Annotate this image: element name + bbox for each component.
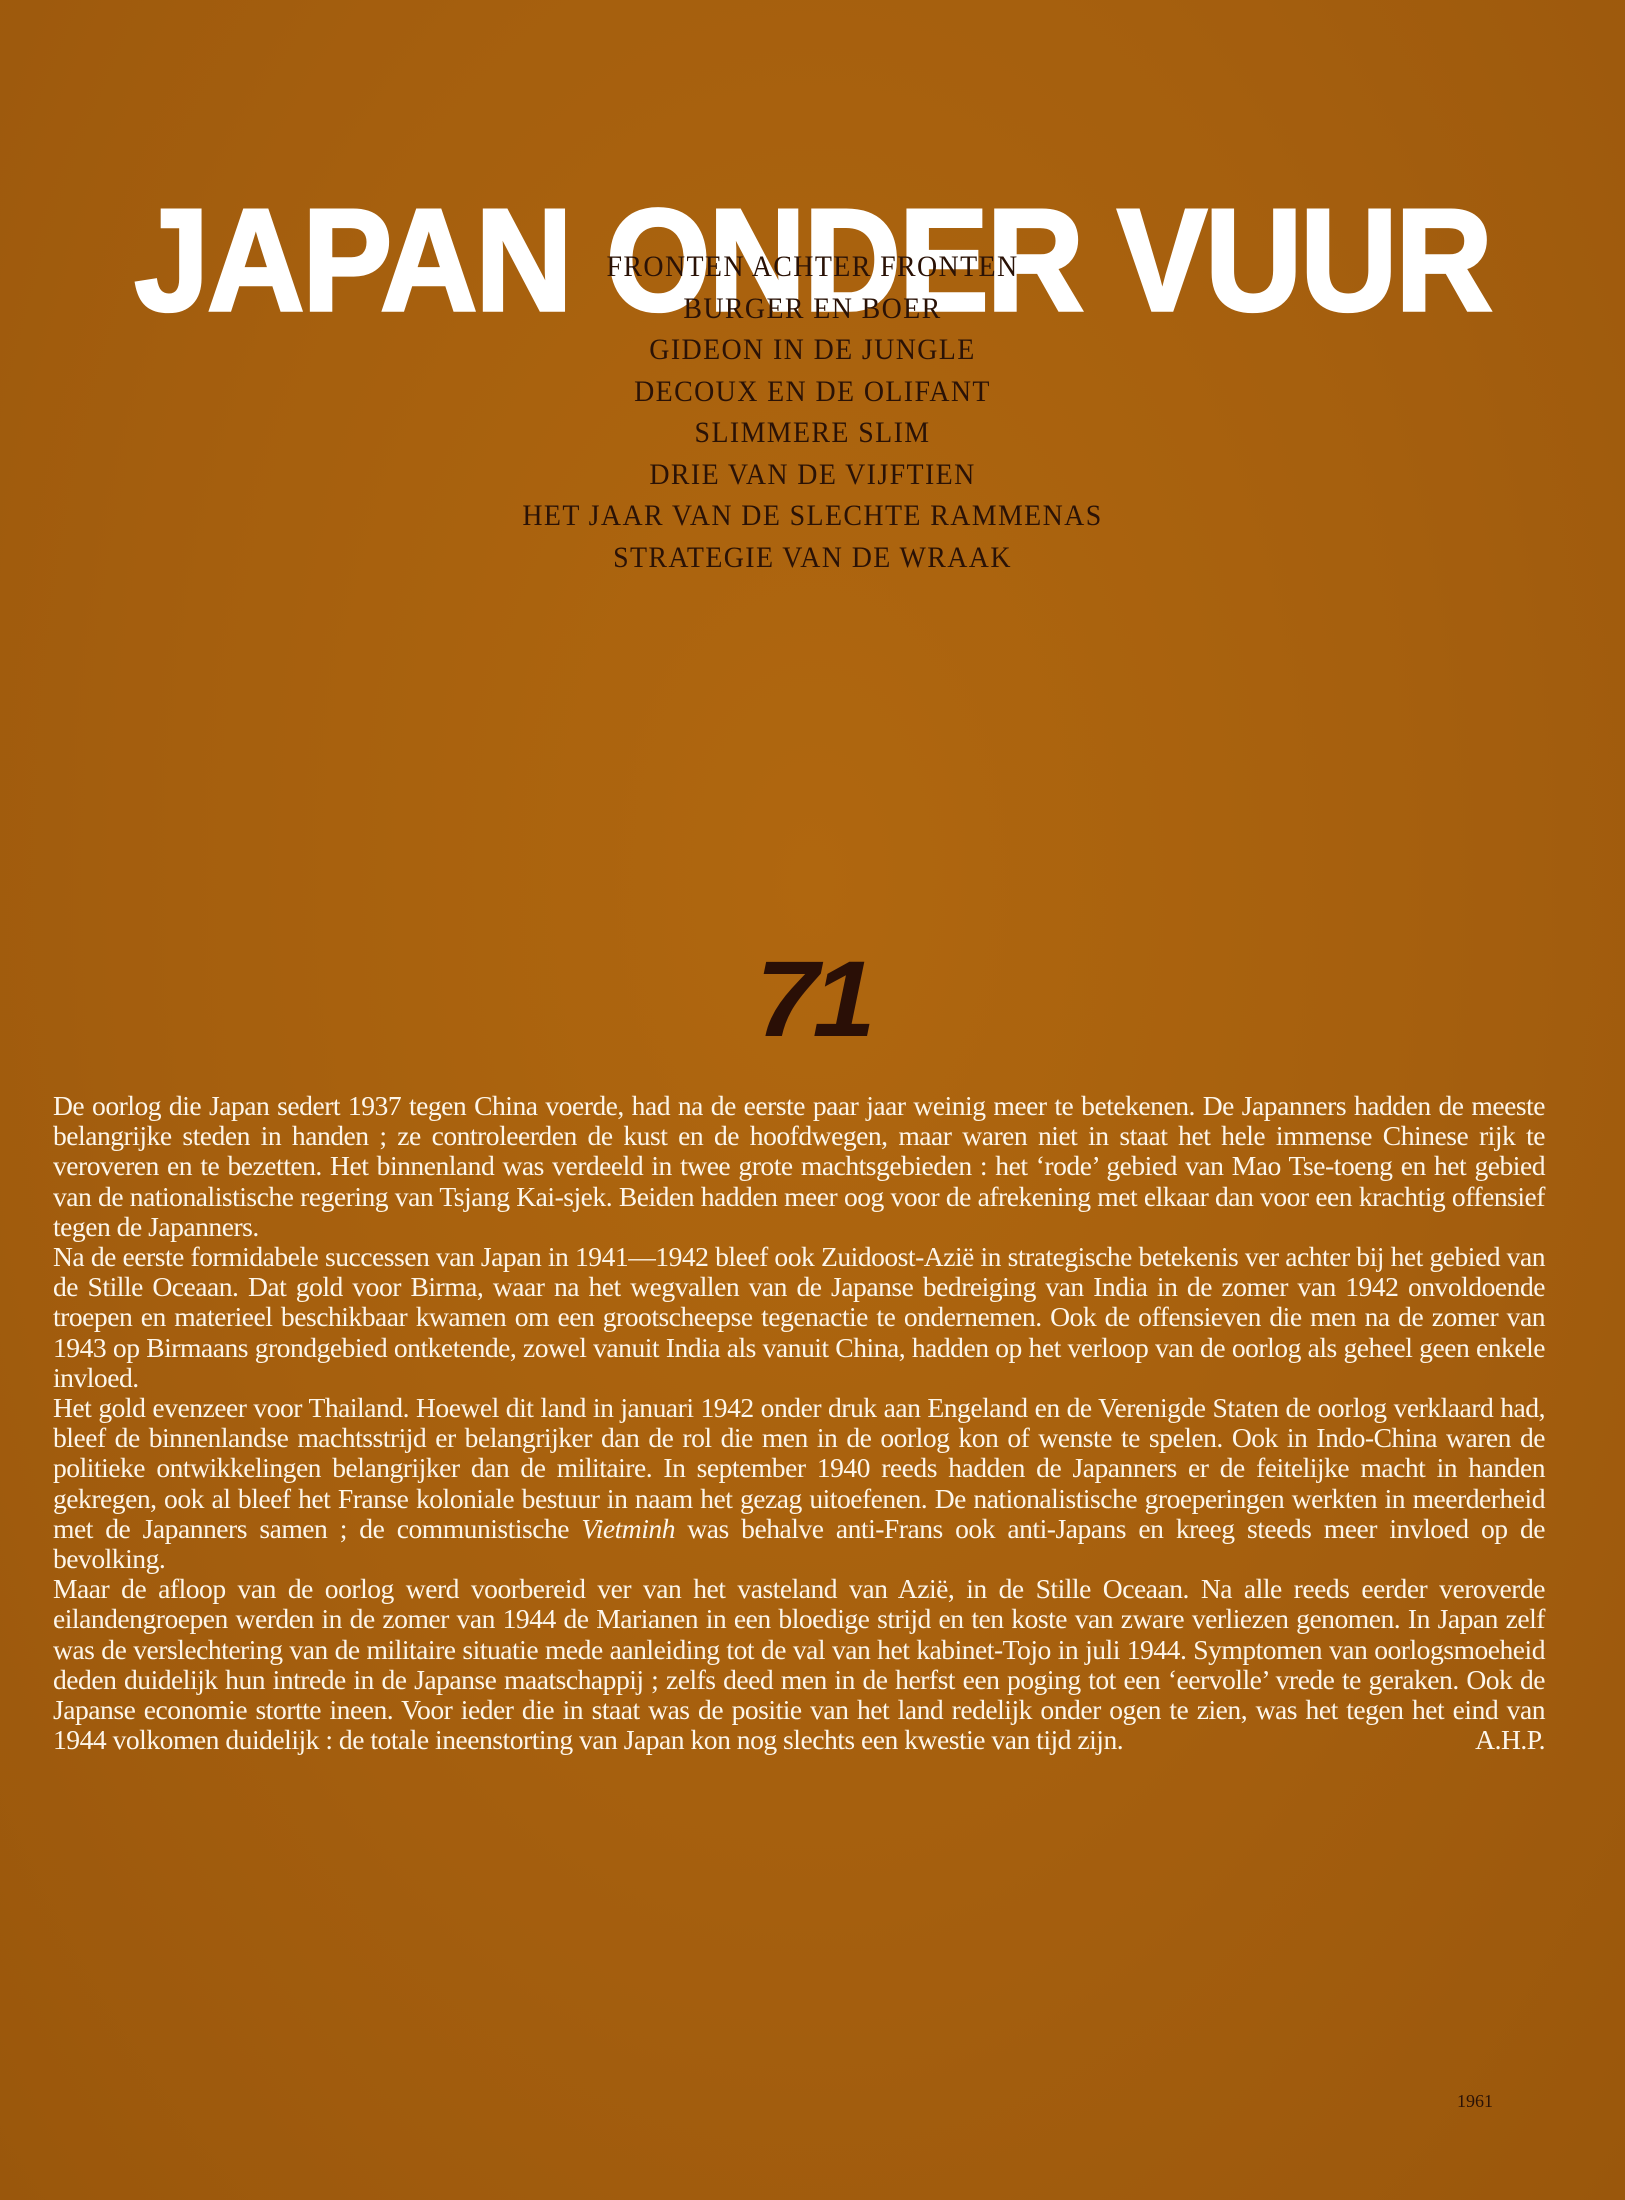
contents-item: BURGER EN BOER [57,288,1568,330]
table-of-contents: FRONTEN ACHTER FRONTEN BURGER EN BOER GI… [0,246,1625,578]
issue-number: 71 [0,945,1625,1053]
paragraph: Het gold evenzeer voor Thailand. Hoewel … [53,1393,1545,1574]
italic-term: Vietminh [581,1513,675,1544]
contents-item: HET JAAR VAN DE SLECHTE RAMMENAS [57,495,1568,537]
contents-item: FRONTEN ACHTER FRONTEN [57,246,1568,288]
author-initials: A.H.P. [1475,1725,1545,1755]
paragraph: De oorlog die Japan sedert 1937 tegen Ch… [53,1091,1545,1242]
contents-item: SLIMMERE SLIM [57,412,1568,454]
paragraph-text: Maar de afloop van de oorlog werd voorbe… [53,1573,1545,1755]
contents-item: DECOUX EN DE OLIFANT [57,371,1568,413]
contents-item: DRIE VAN DE VIJFTIEN [57,454,1568,496]
article-body: De oorlog die Japan sedert 1937 tegen Ch… [53,1091,1545,1755]
contents-item: GIDEON IN DE JUNGLE [57,329,1568,371]
contents-item: STRATEGIE VAN DE WRAAK [57,537,1568,579]
page-number: 1961 [1457,2091,1493,2112]
paragraph: Maar de afloop van de oorlog werd voorbe… [53,1574,1545,1755]
paragraph: Na de eerste formidabele successen van J… [53,1242,1545,1393]
